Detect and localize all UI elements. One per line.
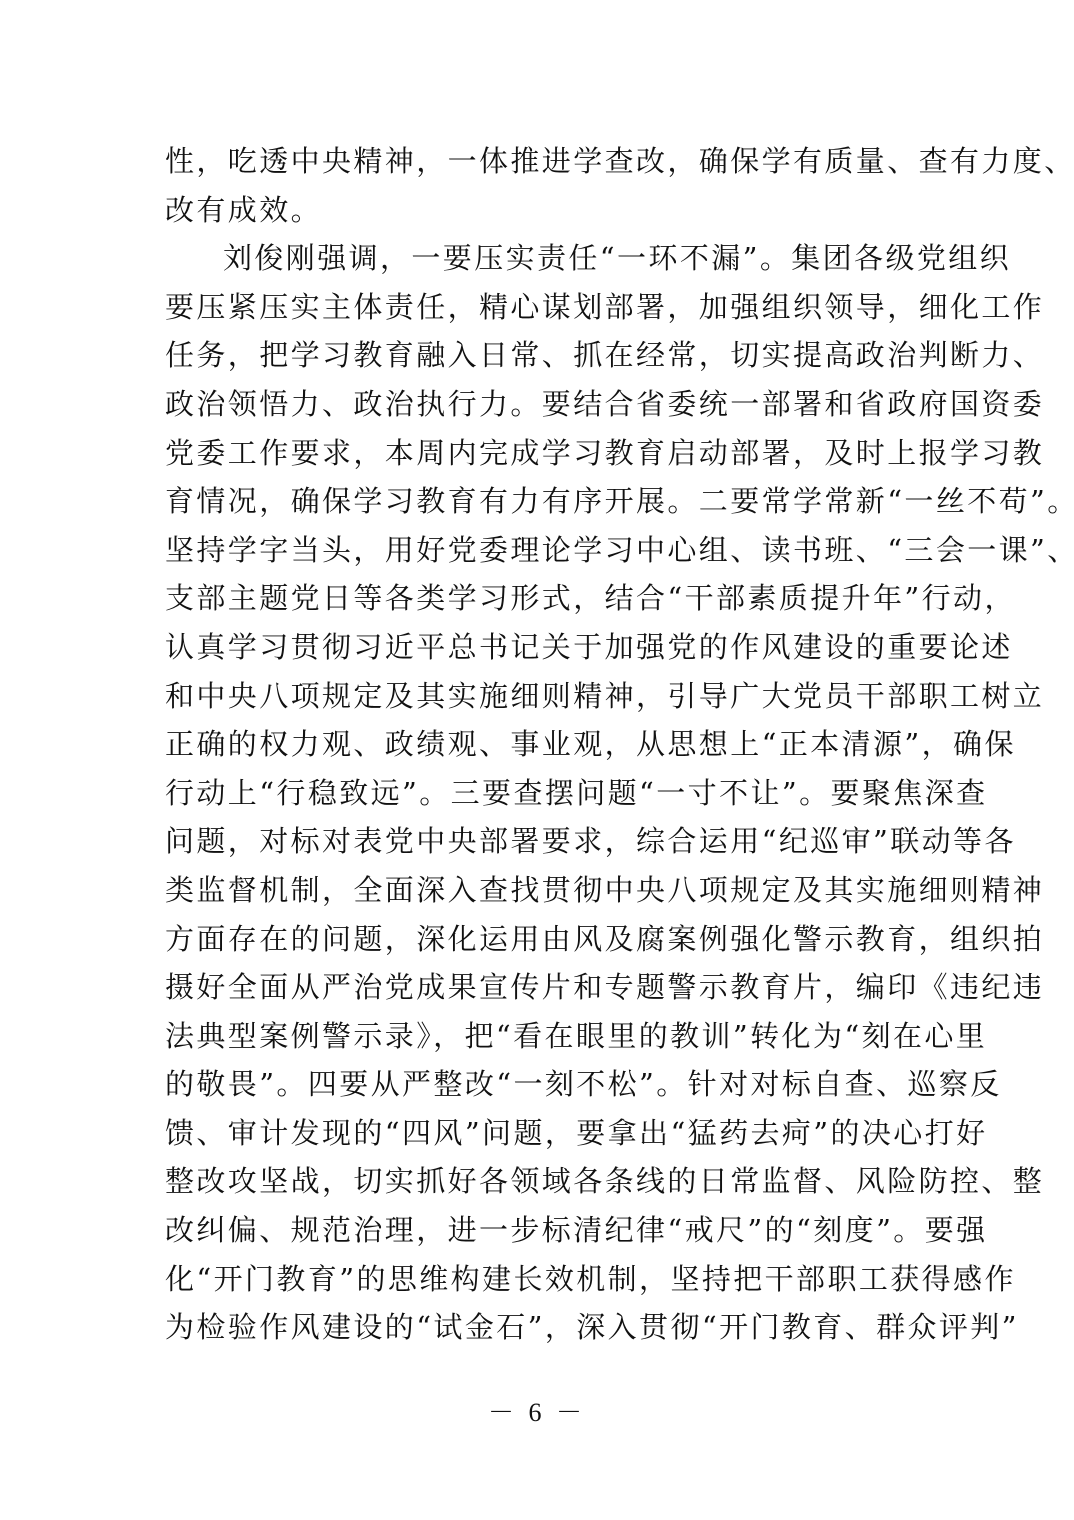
text-line: 和中央八项规定及其实施细则精神，引导广大党员干部职工树立	[165, 672, 913, 721]
text-line: 的敬畏”。四要从严整改“一刻不松”。针对对标自查、巡察反	[165, 1060, 913, 1109]
document-body: 性，吃透中央精神，一体推进学查改，确保学有质量、查有力度、 改有成效。 刘俊刚强…	[165, 137, 913, 1352]
text-line: 性，吃透中央精神，一体推进学查改，确保学有质量、查有力度、	[165, 137, 913, 186]
text-line: 育情况，确保学习教育有力有序开展。二要常学常新“一丝不苟”。	[165, 477, 913, 526]
text-line: 行动上“行稳致远”。三要查摆问题“一寸不让”。要聚焦深查	[165, 769, 913, 818]
text-line: 要压紧压实主体责任，精心谋划部署，加强组织领导，细化工作	[165, 283, 913, 332]
page-number: － 6 －	[0, 1392, 1074, 1429]
paragraph-2: 刘俊刚强调，一要压实责任“一环不漏”。集团各级党组织 要压紧压实主体责任，精心谋…	[165, 234, 913, 1352]
text-line: 正确的权力观、政绩观、事业观，从思想上“正本清源”，确保	[165, 720, 913, 769]
text-line: 化“开门教育”的思维构建长效机制，坚持把干部职工获得感作	[165, 1255, 913, 1304]
text-line: 为检验作风建设的“试金石”，深入贯彻“开门教育、群众评判”	[165, 1303, 913, 1352]
paragraph-1: 性，吃透中央精神，一体推进学查改，确保学有质量、查有力度、 改有成效。	[165, 137, 913, 234]
text-line: 政治领悟力、政治执行力。要结合省委统一部署和省政府国资委	[165, 380, 913, 429]
text-line: 支部主题党日等各类学习形式，结合“干部素质提升年”行动，	[165, 574, 913, 623]
text-line: 法典型案例警示录》，把“看在眼里的教训”转化为“刻在心里	[165, 1012, 913, 1061]
text-line: 摄好全面从严治党成果宣传片和专题警示教育片，编印《违纪违	[165, 963, 913, 1012]
text-line: 方面存在的问题，深化运用由风及腐案例强化警示教育，组织拍	[165, 915, 913, 964]
text-line: 改有成效。	[165, 186, 913, 235]
document-page: 性，吃透中央精神，一体推进学查改，确保学有质量、查有力度、 改有成效。 刘俊刚强…	[0, 0, 1074, 1520]
text-line: 坚持学字当头，用好党委理论学习中心组、读书班、“三会一课”、	[165, 526, 913, 575]
text-line: 类监督机制，全面深入查找贯彻中央八项规定及其实施细则精神	[165, 866, 913, 915]
text-line: 任务，把学习教育融入日常、抓在经常，切实提高政治判断力、	[165, 331, 913, 380]
text-line: 改纠偏、规范治理，进一步标清纪律“戒尺”的“刻度”。要强	[165, 1206, 913, 1255]
text-line: 整改攻坚战，切实抓好各领域各条线的日常监督、风险防控、整	[165, 1157, 913, 1206]
text-line: 问题，对标对表党中央部署要求，综合运用“纪巡审”联动等各	[165, 817, 913, 866]
text-line: 馈、审计发现的“四风”问题，要拿出“猛药去疴”的决心打好	[165, 1109, 913, 1158]
text-line: 刘俊刚强调，一要压实责任“一环不漏”。集团各级党组织	[165, 234, 913, 283]
text-line: 认真学习贯彻习近平总书记关于加强党的作风建设的重要论述	[165, 623, 913, 672]
text-line: 党委工作要求，本周内完成学习教育启动部署，及时上报学习教	[165, 429, 913, 478]
